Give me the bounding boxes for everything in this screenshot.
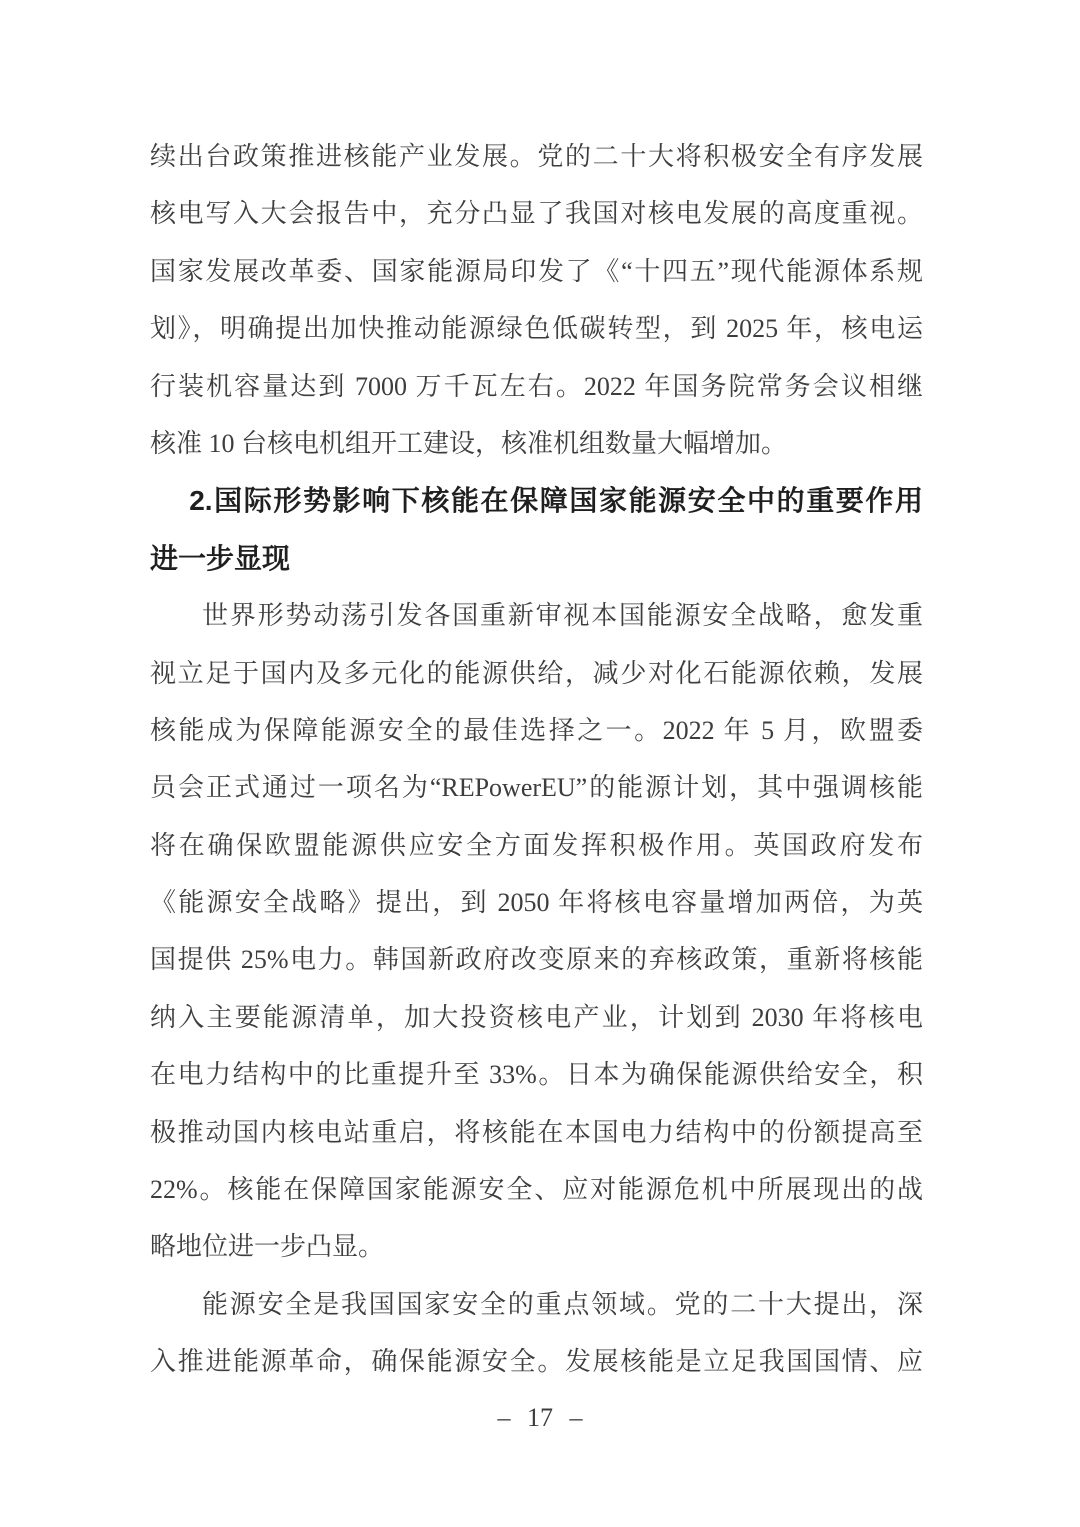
text-line: 国提供 25%电力。韩国新政府改变原来的弃核政策，重新将核能 xyxy=(150,931,923,988)
text-column: 续出台政策推进核能产业发展。党的二十大将积极安全有序发展核电写入大会报告中，充分… xyxy=(150,128,923,1391)
section-heading-2: 2.国际形势影响下核能在保障国家能源安全中的重要作用进一步显现 xyxy=(150,472,923,587)
text-line: 视立足于国内及多元化的能源供给，减少对化石能源依赖，发展 xyxy=(150,645,923,702)
text-line: 核准 10 台核电机组开工建设，核准机组数量大幅增加。 xyxy=(150,415,923,472)
text-line: 2.国际形势影响下核能在保障国家能源安全中的重要作用 xyxy=(150,472,923,529)
text-line: 进一步显现 xyxy=(150,530,923,587)
text-line: 纳入主要能源清单，加大投资核电产业，计划到 2030 年将核电 xyxy=(150,989,923,1046)
page-number: – 17 – xyxy=(498,1403,583,1432)
text-line: 将在确保欧盟能源供应安全方面发挥积极作用。英国政府发布 xyxy=(150,817,923,874)
paragraph-energy-security: 能源安全是我国国家安全的重点领域。党的二十大提出，深入推进能源革命，确保能源安全… xyxy=(150,1276,923,1391)
text-line: 员会正式通过一项名为“REPowerEU”的能源计划，其中强调核能 xyxy=(150,759,923,816)
text-line: 极推动国内核电站重启，将核能在本国电力结构中的份额提高至 xyxy=(150,1104,923,1161)
page-footer: – 17 – xyxy=(0,1398,1080,1438)
text-line: 略地位进一步凸显。 xyxy=(150,1218,923,1275)
text-line: 行装机容量达到 7000 万千瓦左右。2022 年国务院常务会议相继 xyxy=(150,358,923,415)
text-line: 在电力结构中的比重提升至 33%。日本为确保能源供给安全，积 xyxy=(150,1046,923,1103)
text-line: 续出台政策推进核能产业发展。党的二十大将积极安全有序发展 xyxy=(150,128,923,185)
text-line: 能源安全是我国国家安全的重点领域。党的二十大提出，深 xyxy=(150,1276,923,1333)
paragraph-international-situation: 世界形势动荡引发各国重新审视本国能源安全战略，愈发重视立足于国内及多元化的能源供… xyxy=(150,587,923,1276)
text-line: 国家发展改革委、国家能源局印发了《“十四五”现代能源体系规 xyxy=(150,243,923,300)
document-page: 续出台政策推进核能产业发展。党的二十大将积极安全有序发展核电写入大会报告中，充分… xyxy=(0,0,1080,1527)
text-line: 22%。核能在保障国家能源安全、应对能源危机中所展现出的战 xyxy=(150,1161,923,1218)
text-line: 世界形势动荡引发各国重新审视本国能源安全战略，愈发重 xyxy=(150,587,923,644)
text-line: 划》，明确提出加快推动能源绿色低碳转型，到 2025 年，核电运 xyxy=(150,300,923,357)
text-line: 核能成为保障能源安全的最佳选择之一。2022 年 5 月，欧盟委 xyxy=(150,702,923,759)
text-line: 核电写入大会报告中，充分凸显了我国对核电发展的高度重视。 xyxy=(150,185,923,242)
paragraph-policy-continuation: 续出台政策推进核能产业发展。党的二十大将积极安全有序发展核电写入大会报告中，充分… xyxy=(150,128,923,472)
text-line: 入推进能源革命，确保能源安全。发展核能是立足我国国情、应 xyxy=(150,1333,923,1390)
text-line: 《能源安全战略》提出，到 2050 年将核电容量增加两倍，为英 xyxy=(150,874,923,931)
